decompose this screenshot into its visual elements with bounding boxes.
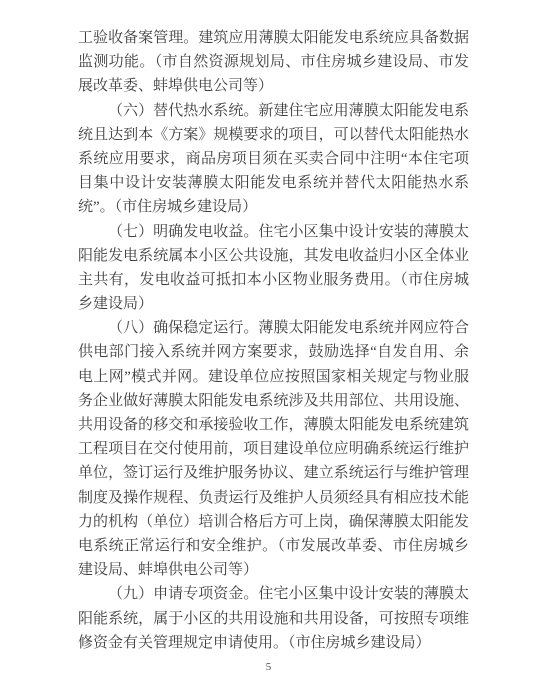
- text-line: 修资金有关管理规定申请使用。（市住房城乡建设局）: [78, 631, 469, 655]
- text-line: 监测功能。（市自然资源规划局、市住房城乡建设局、市发: [78, 50, 469, 74]
- text-line: 统”。（市住房城乡建设局）: [78, 195, 469, 219]
- text-line: 共用设备的移交和承接验收工作，薄膜太阳能发电系统建筑: [78, 413, 469, 437]
- text-line: 单位，签订运行及维护服务协议、建立系统运行与维护管理: [78, 461, 469, 485]
- text-line: （七）明确发电收益。住宅小区集中设计安装的薄膜太: [78, 220, 469, 244]
- text-line: （六）替代热水系统。新建住宅应用薄膜太阳能发电系: [78, 99, 469, 123]
- text-line: 供电部门接入系统并网方案要求，鼓励选择“自发自用、余: [78, 340, 469, 364]
- text-line: 制度及操作规程、负责运行及维护人员须经具有相应技术能: [78, 486, 469, 510]
- document-page: 工验收备案管理。建筑应用薄膜太阳能发电系统应具备数据监测功能。（市自然资源规划局…: [0, 0, 537, 687]
- text-line: 展改革委、蚌埠供电公司等）: [78, 74, 469, 98]
- text-line: 电系统正常运行和安全维护。（市发展改革委、市住房城乡: [78, 534, 469, 558]
- text-line: 建设局、蚌埠供电公司等）: [78, 558, 469, 582]
- text-line: 工验收备案管理。建筑应用薄膜太阳能发电系统应具备数据: [78, 26, 469, 50]
- text-line: 统且达到本《方案》规模要求的项目，可以替代太阳能热水: [78, 123, 469, 147]
- document-text-block: 工验收备案管理。建筑应用薄膜太阳能发电系统应具备数据监测功能。（市自然资源规划局…: [78, 26, 469, 655]
- text-line: 乡建设局）: [78, 292, 469, 316]
- text-line: 系统应用要求，商品房项目须在买卖合同中注明“本住宅项: [78, 147, 469, 171]
- text-line: 务企业做好薄膜太阳能发电系统涉及共用部位、共用设施、: [78, 389, 469, 413]
- text-line: （八）确保稳定运行。薄膜太阳能发电系统并网应符合: [78, 316, 469, 340]
- text-line: （九）申请专项资金。住宅小区集中设计安装的薄膜太: [78, 582, 469, 606]
- text-line: 阳能发电系统属本小区公共设施，其发电收益归小区全体业: [78, 244, 469, 268]
- text-line: 主共有，发电收益可抵扣本小区物业服务费用。（市住房城: [78, 268, 469, 292]
- page-number: 5: [0, 660, 537, 674]
- text-line: 阳能系统，属于小区的共用设施和共用设备，可按照专项维: [78, 607, 469, 631]
- text-line: 电上网”模式并网。建设单位应按照国家相关规定与物业服: [78, 365, 469, 389]
- text-line: 目集中设计安装薄膜太阳能发电系统并替代太阳能热水系: [78, 171, 469, 195]
- text-line: 工程项目在交付使用前，项目建设单位应明确系统运行维护: [78, 437, 469, 461]
- text-line: 力的机构（单位）培训合格后方可上岗，确保薄膜太阳能发: [78, 510, 469, 534]
